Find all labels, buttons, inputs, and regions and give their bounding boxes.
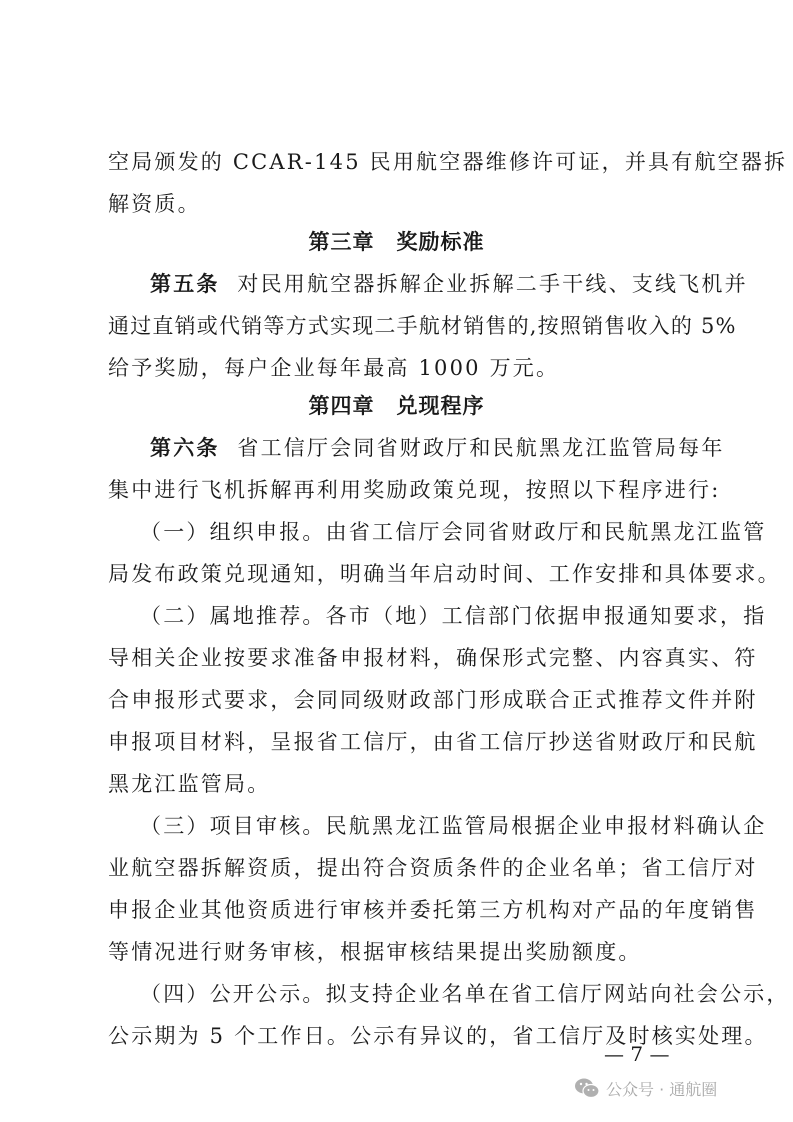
text-line: 解资质。 xyxy=(108,189,688,219)
text-line: 公示期为 5 个工作日。公示有异议的，省工信厅及时核实处理。 xyxy=(108,1021,688,1051)
document-page: 空局颁发的 CCAR-145 民用航空器维修许可证，并具有航空器拆 解资质。 第… xyxy=(0,0,793,1122)
article-label: 第五条 xyxy=(150,272,220,296)
chapter-number: 第三章 xyxy=(309,230,375,254)
page-number: — 7 — xyxy=(604,1040,669,1068)
article-text: 对民用航空器拆解企业拆解二手干线、支线飞机并 xyxy=(237,272,747,296)
step-2: （二）属地推荐。各市（地）工信部门依据申报通知要求，指 xyxy=(140,601,720,631)
wechat-icon xyxy=(574,1077,600,1099)
step-1: （一）组织申报。由省工信厅会同省财政厅和民航黑龙江监管 xyxy=(140,517,720,547)
text-line: 申报项目材料，呈报省工信厅，由省工信厅抄送省财政厅和民航 xyxy=(108,727,688,757)
text-line: 导相关企业按要求准备申报材料，确保形式完整、内容真实、符 xyxy=(108,643,688,673)
text-line: 局发布政策兑现通知，明确当年启动时间、工作安排和具体要求。 xyxy=(108,559,688,589)
article-5: 第五条 对民用航空器拆解企业拆解二手干线、支线飞机并 xyxy=(150,269,730,299)
chapter-heading-3: 第三章奖励标准 xyxy=(0,227,793,257)
text-line: 申报企业其他资质进行审核并委托第三方机构对产品的年度销售 xyxy=(108,895,688,925)
step-3: （三）项目审核。民航黑龙江监管局根据企业申报材料确认企 xyxy=(140,811,720,841)
text-line: 等情况进行财务审核，根据审核结果提出奖励额度。 xyxy=(108,937,688,967)
chapter-number: 第四章 xyxy=(309,394,375,418)
text-line: 业航空器拆解资质，提出符合资质条件的企业名单；省工信厅对 xyxy=(108,853,688,883)
text-line: 通过直销或代销等方式实现二手航材销售的,按照销售收入的 5% xyxy=(108,311,688,341)
article-label: 第六条 xyxy=(150,436,220,460)
text-line: 空局颁发的 CCAR-145 民用航空器维修许可证，并具有航空器拆 xyxy=(108,147,688,177)
step-4: （四）公开公示。拟支持企业名单在省工信厅网站向社会公示， xyxy=(140,979,720,1009)
watermark: 公众号 · 通航圈 xyxy=(574,1076,717,1100)
chapter-title: 奖励标准 xyxy=(397,230,485,254)
text-line: 黑龙江监管局。 xyxy=(108,769,688,799)
text-line: 合申报形式要求，会同同级财政部门形成联合正式推荐文件并附 xyxy=(108,685,688,715)
article-text: 省工信厅会同省财政厅和民航黑龙江监管局每年 xyxy=(237,436,724,460)
chapter-title: 兑现程序 xyxy=(397,394,485,418)
text-line: 集中进行飞机拆解再利用奖励政策兑现，按照以下程序进行: xyxy=(108,475,688,505)
text-line: 给予奖励，每户企业每年最高 1000 万元。 xyxy=(108,353,688,383)
chapter-heading-4: 第四章兑现程序 xyxy=(0,391,793,421)
watermark-text: 公众号 · 通航圈 xyxy=(606,1077,717,1100)
article-6: 第六条 省工信厅会同省财政厅和民航黑龙江监管局每年 xyxy=(150,433,730,463)
